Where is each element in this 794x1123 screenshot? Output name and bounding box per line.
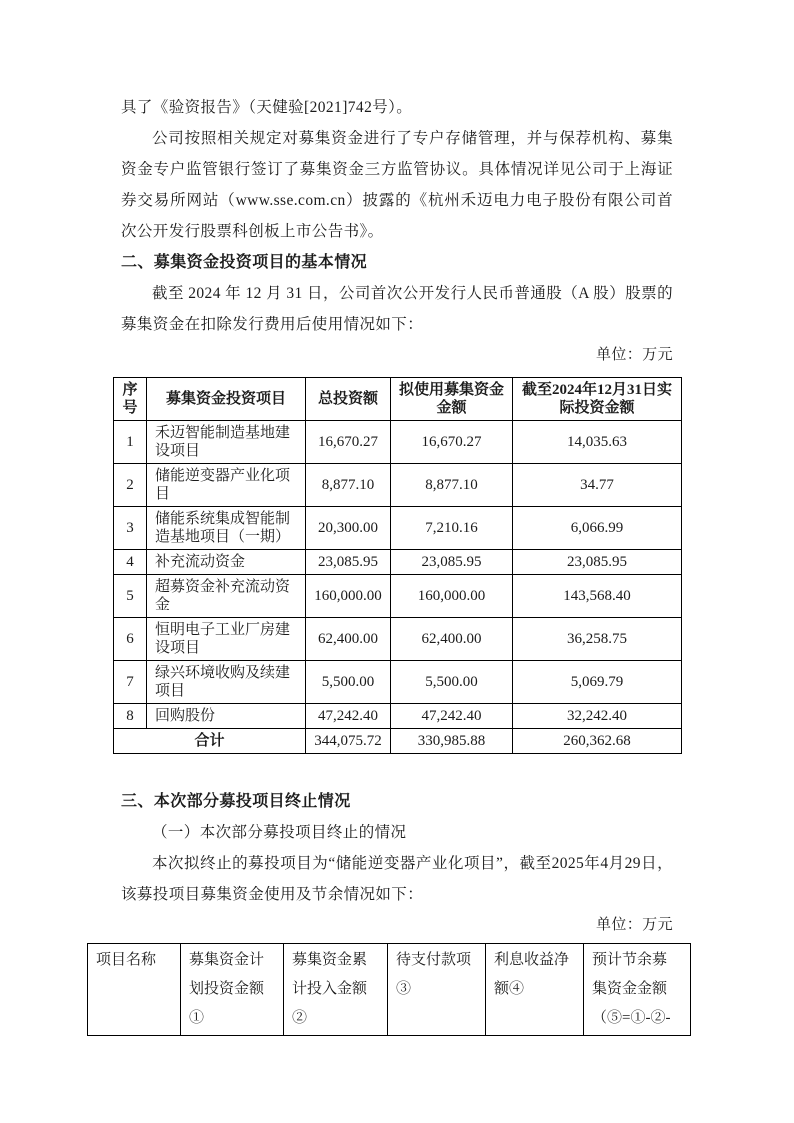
amount-cell: 47,242.40	[391, 704, 513, 729]
amount-cell: 160,000.00	[306, 575, 391, 618]
project-cell: 回购股份	[147, 704, 306, 729]
fund-investment-table: 序号 募集资金投资项目 总投资额 拟使用募集资金金额 截至2024年12月31日…	[113, 377, 682, 754]
section-2-intro: 截至 2024 年 12 月 31 日，公司首次公开发行人民币普通股（A 股）股…	[121, 278, 673, 340]
unit-label-1: 单位：万元	[121, 340, 673, 371]
amount-cell: 32,242.40	[513, 704, 682, 729]
table-row: 5 超募资金补充流动资金 160,000.00 160,000.00 143,5…	[114, 575, 682, 618]
column-header-estimated-surplus: 预计节余募集资金金额（⑤=①-②-	[584, 944, 691, 1036]
project-cell: 恒明电子工业厂房建设项目	[147, 618, 306, 661]
amount-cell: 20,300.00	[306, 507, 391, 550]
seq-cell: 7	[114, 661, 147, 704]
total-amount-cell: 330,985.88	[391, 729, 513, 754]
amount-cell: 160,000.00	[391, 575, 513, 618]
project-cell: 补充流动资金	[147, 550, 306, 575]
table-row: 6 恒明电子工业厂房建设项目 62,400.00 62,400.00 36,25…	[114, 618, 682, 661]
column-header-project-name: 项目名称	[88, 944, 181, 1036]
amount-cell: 62,400.00	[391, 618, 513, 661]
table-header-row: 项目名称 募集资金计划投资金额① 募集资金累计投入金额② 待支付款项③ 利息收益…	[88, 944, 691, 1036]
amount-cell: 8,877.10	[391, 464, 513, 507]
column-header-total-investment: 总投资额	[306, 378, 391, 421]
amount-cell: 23,085.95	[513, 550, 682, 575]
amount-cell: 16,670.27	[306, 421, 391, 464]
column-header-cumulative-input: 募集资金累计投入金额②	[284, 944, 388, 1036]
column-header-project: 募集资金投资项目	[147, 378, 306, 421]
seq-cell: 4	[114, 550, 147, 575]
project-cell: 储能逆变器产业化项目	[147, 464, 306, 507]
column-header-actual-invested: 截至2024年12月31日实际投资金额	[513, 378, 682, 421]
table-row: 3 储能系统集成智能制造基地项目（一期） 20,300.00 7,210.16 …	[114, 507, 682, 550]
amount-cell: 5,500.00	[391, 661, 513, 704]
amount-cell: 5,500.00	[306, 661, 391, 704]
amount-cell: 62,400.00	[306, 618, 391, 661]
seq-cell: 6	[114, 618, 147, 661]
amount-cell: 34.77	[513, 464, 682, 507]
amount-cell: 8,877.10	[306, 464, 391, 507]
column-header-planned-investment: 募集资金计划投资金额①	[181, 944, 284, 1036]
amount-cell: 36,258.75	[513, 618, 682, 661]
project-cell: 储能系统集成智能制造基地项目（一期）	[147, 507, 306, 550]
amount-cell: 16,670.27	[391, 421, 513, 464]
section-3-heading: 三、本次部分募投项目终止情况	[121, 786, 673, 817]
seq-cell: 8	[114, 704, 147, 729]
table-header-row: 序号 募集资金投资项目 总投资额 拟使用募集资金金额 截至2024年12月31日…	[114, 378, 682, 421]
amount-cell: 6,066.99	[513, 507, 682, 550]
amount-cell: 5,069.79	[513, 661, 682, 704]
seq-cell: 1	[114, 421, 147, 464]
amount-cell: 7,210.16	[391, 507, 513, 550]
amount-cell: 23,085.95	[391, 550, 513, 575]
table-total-row: 合计 344,075.72 330,985.88 260,362.68	[114, 729, 682, 754]
project-cell: 绿兴环境收购及续建项目	[147, 661, 306, 704]
column-header-seq: 序号	[114, 378, 147, 421]
amount-cell: 47,242.40	[306, 704, 391, 729]
section-3-intro: 本次拟终止的募投项目为“储能逆变器产业化项目”，截至2025年4月29日，该募投…	[121, 848, 673, 910]
amount-cell: 14,035.63	[513, 421, 682, 464]
total-amount-cell: 260,362.68	[513, 729, 682, 754]
total-label-cell: 合计	[114, 729, 306, 754]
project-cell: 禾迈智能制造基地建设项目	[147, 421, 306, 464]
table-row: 7 绿兴环境收购及续建项目 5,500.00 5,500.00 5,069.79	[114, 661, 682, 704]
seq-cell: 5	[114, 575, 147, 618]
section-3-subheading: （一）本次部分募投项目终止的情况	[121, 817, 673, 848]
table-row: 1 禾迈智能制造基地建设项目 16,670.27 16,670.27 14,03…	[114, 421, 682, 464]
column-header-pending-payments: 待支付款项③	[388, 944, 486, 1036]
table-row: 8 回购股份 47,242.40 47,242.40 32,242.40	[114, 704, 682, 729]
table-row: 2 储能逆变器产业化项目 8,877.10 8,877.10 34.77	[114, 464, 682, 507]
section-2-heading: 二、募集资金投资项目的基本情况	[121, 247, 673, 278]
total-amount-cell: 344,075.72	[306, 729, 391, 754]
paragraph-continuation: 具了《验资报告》（天健验[2021]742号）。	[121, 92, 673, 123]
amount-cell: 23,085.95	[306, 550, 391, 575]
seq-cell: 2	[114, 464, 147, 507]
document-page: 具了《验资报告》（天健验[2021]742号）。 公司按照相关规定对募集资金进行…	[0, 0, 794, 1036]
seq-cell: 3	[114, 507, 147, 550]
amount-cell: 143,568.40	[513, 575, 682, 618]
column-header-planned-funds: 拟使用募集资金金额	[391, 378, 513, 421]
unit-label-2: 单位：万元	[121, 910, 673, 941]
column-header-net-interest: 利息收益净额④	[486, 944, 584, 1036]
paragraph-fund-supervision: 公司按照相关规定对募集资金进行了专户存储管理，并与保荐机构、募集资金专户监管银行…	[121, 123, 673, 247]
table-row: 4 补充流动资金 23,085.95 23,085.95 23,085.95	[114, 550, 682, 575]
project-cell: 超募资金补充流动资金	[147, 575, 306, 618]
terminated-project-table: 项目名称 募集资金计划投资金额① 募集资金累计投入金额② 待支付款项③ 利息收益…	[87, 943, 691, 1036]
